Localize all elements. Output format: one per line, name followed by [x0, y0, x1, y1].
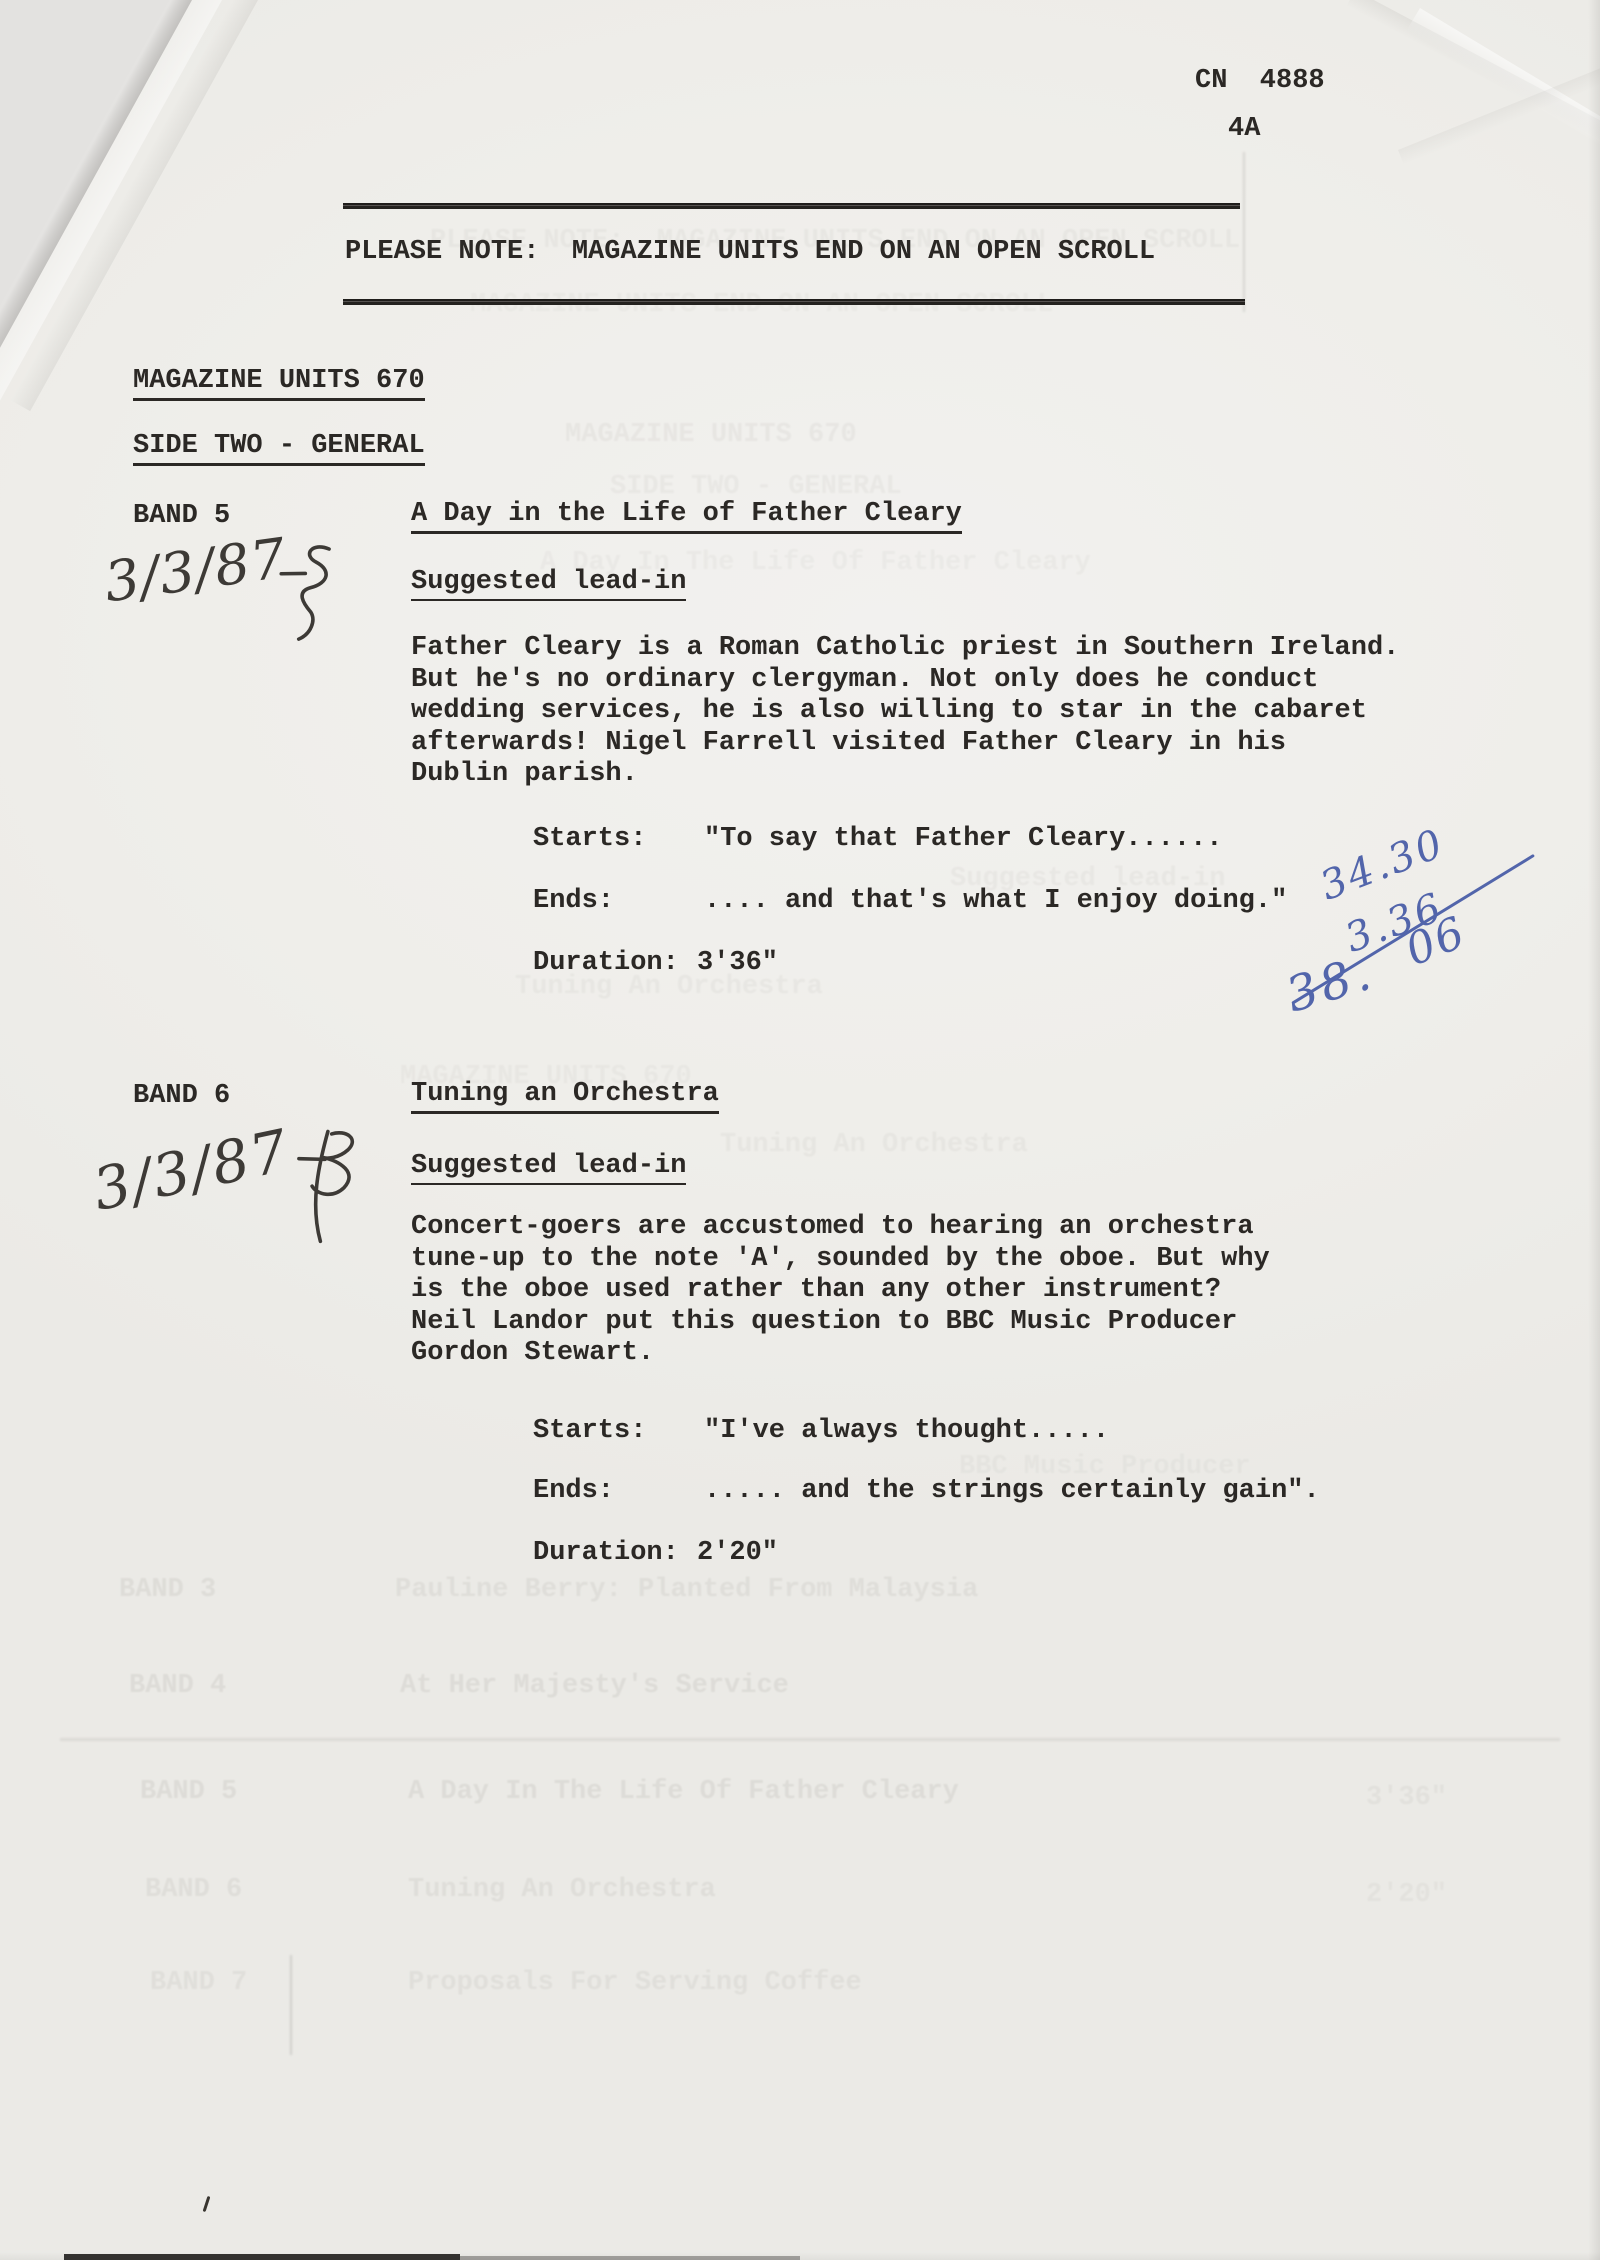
notice-text: PLEASE NOTE: MAGAZINE UNITS END ON AN OP… — [345, 239, 1155, 266]
bleedthrough-line: BAND 4 — [129, 1671, 226, 1701]
bleedthrough-line: BAND 5 — [140, 1777, 237, 1807]
duration-value: 2'20" — [697, 1540, 778, 1567]
handwritten-initial-icon — [286, 1124, 373, 1251]
bleedthrough-line: 3'36" — [1366, 1783, 1447, 1813]
bleedthrough-line: BAND 7 — [150, 1968, 247, 1998]
bleedthrough-line: At Her Majesty's Service — [400, 1671, 789, 1701]
bleedthrough-line: MAGAZINE UNITS END ON AN OPEN SCROLL — [470, 290, 1053, 320]
handwritten-date: 3/3/87 — [87, 1116, 295, 1224]
handwritten-initial-icon — [274, 538, 351, 648]
ends-value: .... and that's what I enjoy doing." — [704, 888, 1287, 915]
ends-value: ..... and the strings certainly gain". — [704, 1478, 1320, 1505]
scanned-document-page: PLEASE NOTE: MAGAZINE UNITS END ON AN OP… — [0, 0, 1600, 2260]
lead-in-paragraph: Father Cleary is a Roman Catholic priest… — [411, 633, 1451, 791]
bleedthrough-line: Tuning An Orchestra — [720, 1130, 1028, 1160]
paper-crease — [1398, 53, 1600, 165]
starts-value: "To say that Father Cleary...... — [704, 826, 1222, 853]
ends-label: Ends: — [533, 1478, 614, 1505]
lead-in-paragraph: Concert-goers are accustomed to hearing … — [411, 1212, 1451, 1370]
duration-value: 3'36" — [697, 950, 778, 977]
ends-label: Ends: — [533, 888, 614, 915]
bleedthrough-line: Tuning An Orchestra — [408, 1875, 716, 1905]
page-edge-shadow — [1588, 0, 1600, 2260]
notice-box-bottom-rule — [343, 299, 1245, 305]
bleedthrough-line: 2'20" — [1366, 1880, 1447, 1910]
bleedthrough-line: MAGAZINE UNITS 670 — [565, 420, 857, 450]
handwritten-blue-number: 38. — [1280, 944, 1381, 1023]
bleedthrough-stroke — [290, 1955, 292, 2055]
scan-edge-mark — [64, 2254, 460, 2260]
bleedthrough-line: BAND 6 — [145, 1875, 242, 1905]
bleedthrough-line: BAND 3 — [119, 1575, 216, 1605]
pen-tick-mark — [203, 2196, 211, 2212]
bleedthrough-line: Proposals For Serving Coffee — [408, 1968, 862, 1998]
handwritten-date: 3/3/87 — [100, 526, 290, 615]
lead-in-heading: Suggested lead-in — [411, 1153, 686, 1185]
folded-corner — [0, 0, 192, 348]
bleedthrough-rule — [60, 1738, 1560, 1741]
band-label: BAND 6 — [133, 1083, 230, 1110]
paper-crease — [1347, 0, 1600, 184]
duration-label: Duration: — [533, 950, 679, 977]
band-title: A Day in the Life of Father Cleary — [411, 501, 962, 534]
starts-value: "I've always thought..... — [704, 1418, 1109, 1445]
notice-box-top-rule — [343, 203, 1240, 209]
bleedthrough-line: A Day In The Life Of Father Cleary — [408, 1777, 959, 1807]
bleedthrough-line: Pauline Berry: Planted From Malaysia — [395, 1575, 978, 1605]
starts-label: Starts: — [533, 826, 646, 853]
starts-label: Starts: — [533, 1418, 646, 1445]
duration-label: Duration: — [533, 1540, 679, 1567]
document-title: MAGAZINE UNITS 670 — [133, 368, 425, 401]
band-title: Tuning an Orchestra — [411, 1081, 719, 1114]
scan-edge-mark — [460, 2256, 800, 2260]
bleedthrough-box-edge — [1243, 152, 1245, 312]
document-subtitle: SIDE TWO - GENERAL — [133, 433, 425, 466]
bleedthrough-line: SIDE TWO - GENERAL — [610, 472, 902, 502]
band-label: BAND 5 — [133, 503, 230, 530]
reference-number: CN 4888 — [1195, 68, 1325, 95]
paper-crease — [1407, 8, 1600, 185]
lead-in-heading: Suggested lead-in — [411, 569, 686, 601]
page-number: 4A — [1228, 116, 1260, 143]
